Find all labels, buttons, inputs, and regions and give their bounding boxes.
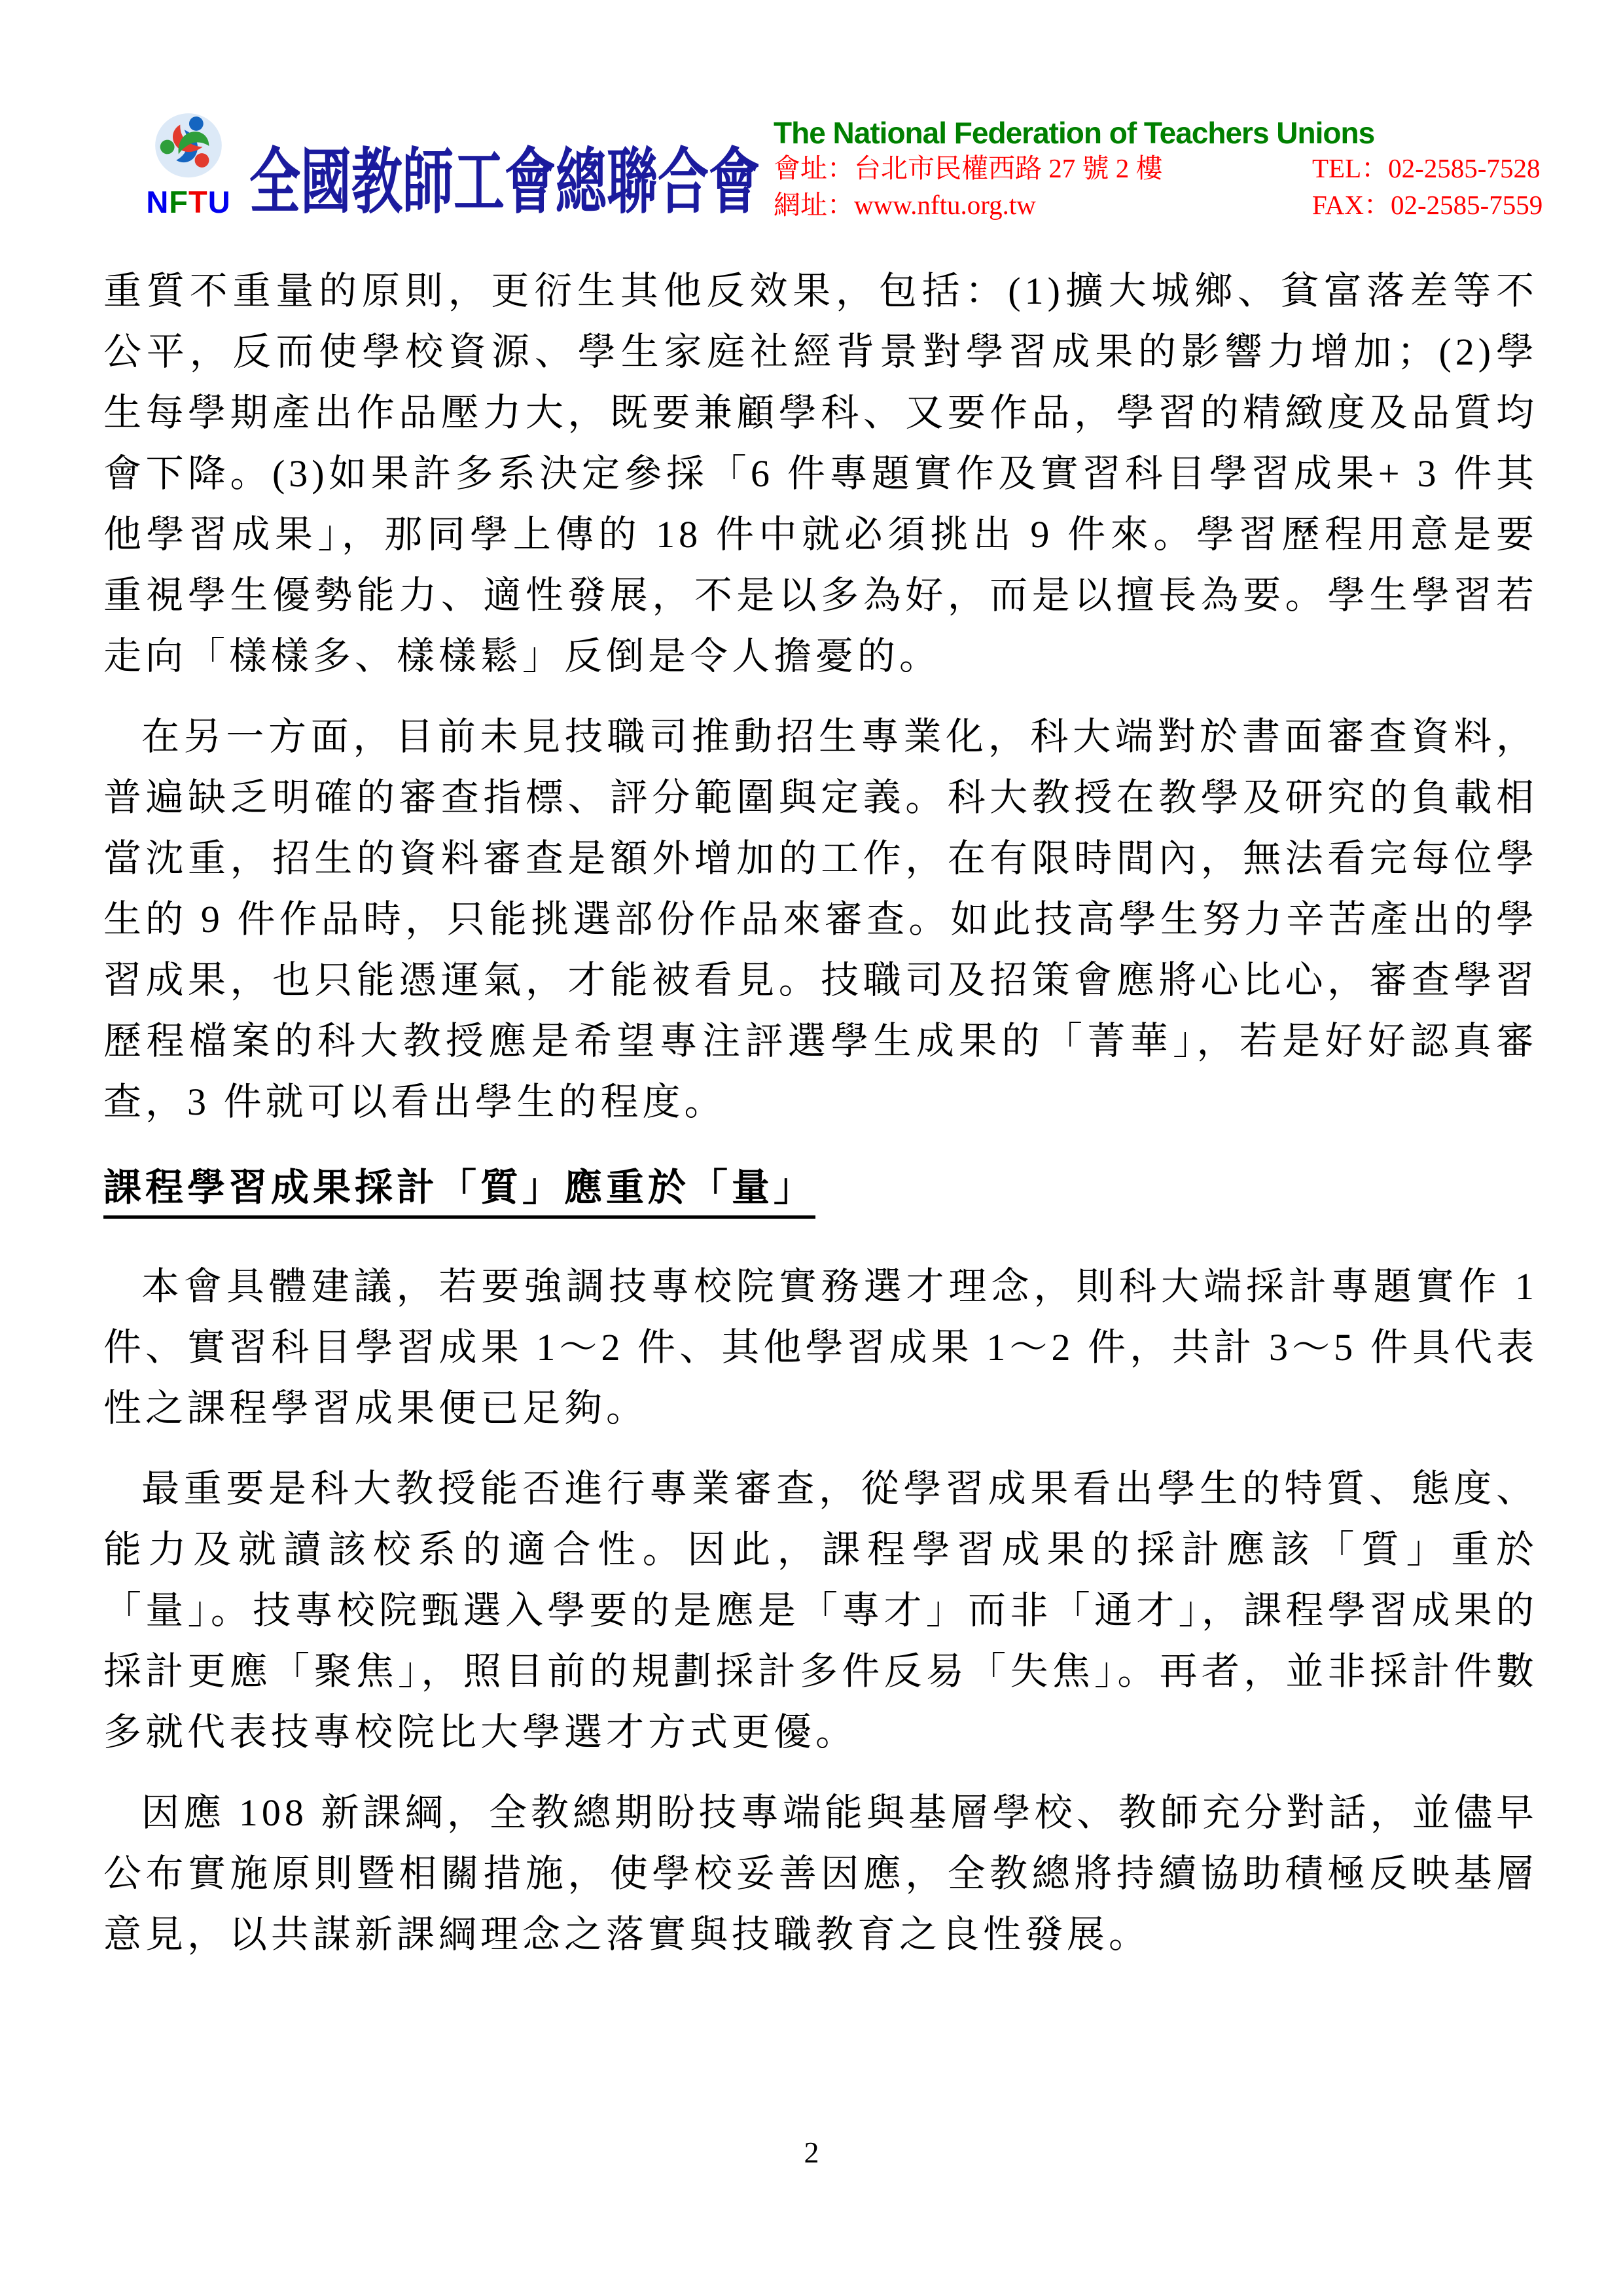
page-number: 2 [0, 2135, 1623, 2170]
paragraph-5: 因應 108 新課綱，全教總期盼技專端能與基層學校、教師充分對話，並儘早公布實施… [103, 1782, 1538, 1965]
section-heading-text: 課程學習成果採計「質」應重於「量」 [103, 1166, 815, 1219]
website-fax-row: 網址：www.nftu.org.tw FAX：02-2585-7559 [774, 187, 1538, 223]
letter-t: T [188, 185, 208, 219]
nftu-acronym: NFTU [146, 187, 230, 217]
org-name-en: The National Federation of Teachers Unio… [774, 116, 1538, 150]
letter-n: N [146, 185, 169, 219]
org-name-zh: 全國教師工會總聯合會 [249, 125, 760, 228]
address-tel-row: 會址：台北市民權西路 27 號 2 樓 TEL：02-2585-7528 [774, 150, 1538, 187]
tel-text: TEL：02-2585-7528 [1312, 150, 1538, 187]
letterhead-contact-block: The National Federation of Teachers Unio… [774, 108, 1538, 223]
document-body: 重質不重量的原則，更衍生其他反效果，包括：(1)擴大城鄉、貧富落差等不公平，反而… [103, 260, 1538, 1965]
website-text: 網址：www.nftu.org.tw [774, 187, 1036, 223]
paragraph-4: 最重要是科大教授能否進行專業審查，從學習成果看出學生的特質、態度、能力及就讀該校… [103, 1458, 1538, 1763]
paragraph-1: 重質不重量的原則，更衍生其他反效果，包括：(1)擴大城鄉、貧富落差等不公平，反而… [103, 260, 1538, 687]
section-heading: 課程學習成果採計「質」應重於「量」 [103, 1157, 1538, 1218]
nftu-logo: NFTU [139, 108, 238, 217]
letter-u: U [208, 185, 231, 219]
triskelion-people-icon [152, 108, 225, 185]
address-text: 會址：台北市民權西路 27 號 2 樓 [774, 150, 1163, 187]
paragraph-2: 在另一方面，目前未見技職司推動招生專業化，科大端對於書面審查資料，普遍缺乏明確的… [103, 706, 1538, 1132]
letterhead: NFTU 全國教師工會總聯合會 The National Federation … [103, 108, 1538, 249]
letter-f: F [169, 185, 188, 219]
paragraph-3: 本會具體建議，若要強調技專校院實務選才理念，則科大端採計專題實作 1 件、實習科… [103, 1256, 1538, 1439]
document-page: NFTU 全國教師工會總聯合會 The National Federation … [0, 0, 1623, 2296]
fax-text: FAX：02-2585-7559 [1312, 187, 1538, 223]
